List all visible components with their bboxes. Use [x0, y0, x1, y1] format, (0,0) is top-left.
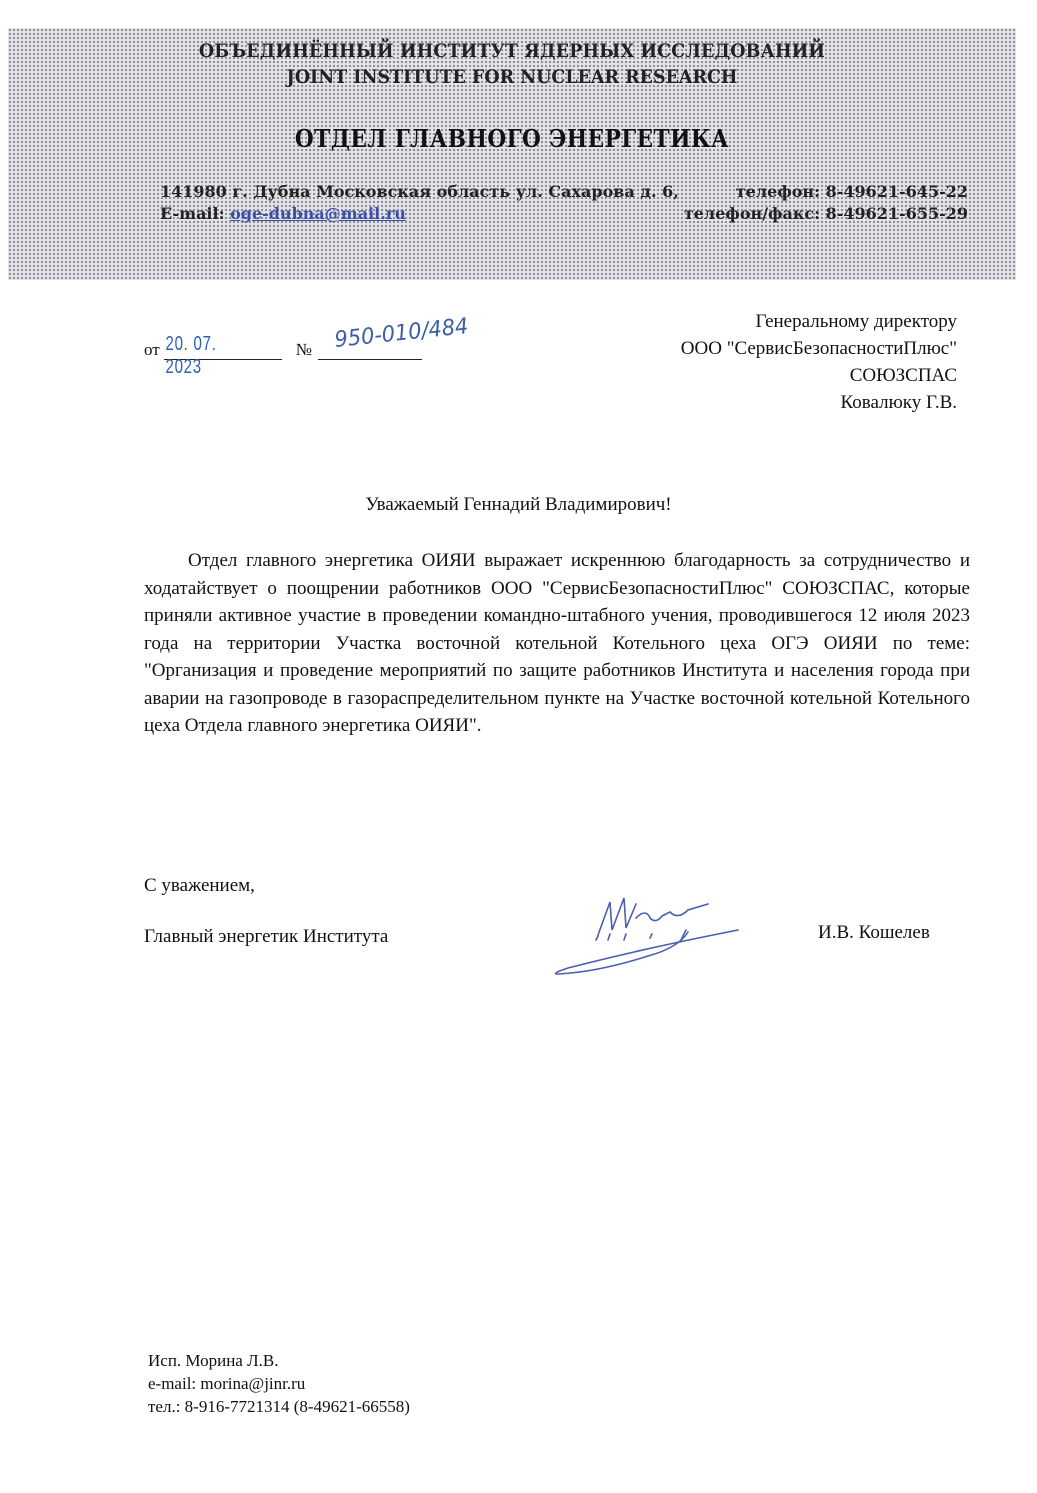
date-field: 20. 07. 2023: [164, 333, 282, 360]
contact-block: 141980 г. Дубна Московская область ул. С…: [160, 182, 968, 226]
email-link[interactable]: oge-dubna@mail.ru: [230, 204, 406, 223]
phone: телефон: 8-49621-645-22: [736, 182, 968, 204]
letter-body: Отдел главного энергетика ОИЯИ выражает …: [144, 547, 970, 740]
address: 141980 г. Дубна Московская область ул. С…: [160, 182, 679, 204]
closing: С уважением,: [144, 875, 255, 897]
email-label: E-mail:: [160, 204, 225, 223]
date-value: 20. 07. 2023: [164, 333, 253, 379]
recipient-line: Ковалюку Г.В.: [681, 389, 957, 416]
number-field: 950-010/484: [318, 333, 422, 360]
recipient-line: СОЮЗСПАС: [681, 362, 957, 389]
letterhead: ОБЪЕДИНЁННЫЙ ИНСТИТУТ ЯДЕРНЫХ ИССЛЕДОВАН…: [8, 28, 1016, 280]
number-value: 950-010/484: [333, 314, 469, 353]
signer-title: Главный энергетик Института: [144, 926, 388, 948]
department-name: ОТДЕЛ ГЛАВНОГО ЭНЕРГЕТИКА: [58, 124, 965, 153]
executor-phone: тел.: 8-916-7721314 (8-49621-66558): [148, 1395, 410, 1418]
institute-name-ru: ОБЪЕДИНЁННЫЙ ИНСТИТУТ ЯДЕРНЫХ ИССЛЕДОВАН…: [48, 40, 975, 62]
institute-name-en: JOINT INSTITUTE FOR NUCLEAR RESEARCH: [48, 66, 975, 88]
greeting: Уважаемый Геннадий Владимирович!: [0, 494, 1037, 516]
executor-email: e-mail: morina@jinr.ru: [148, 1372, 410, 1395]
signer-name: И.В. Кошелев: [818, 922, 930, 944]
recipient-line: ООО "СервисБезопасностиПлюс": [681, 335, 957, 362]
recipient-block: Генеральному директору ООО "СервисБезопа…: [681, 308, 957, 416]
phone-fax: телефон/факс: 8-49621-655-29: [684, 204, 968, 226]
number-prefix: №: [296, 340, 312, 360]
recipient-line: Генеральному директору: [681, 308, 957, 335]
executor-name: Исп. Морина Л.В.: [148, 1349, 410, 1372]
signature-icon: [538, 890, 768, 990]
executor-block: Исп. Морина Л.В. e-mail: morina@jinr.ru …: [148, 1349, 410, 1418]
date-prefix: от: [144, 340, 160, 360]
reference-line: от 20. 07. 2023 № 950-010/484: [144, 333, 422, 360]
